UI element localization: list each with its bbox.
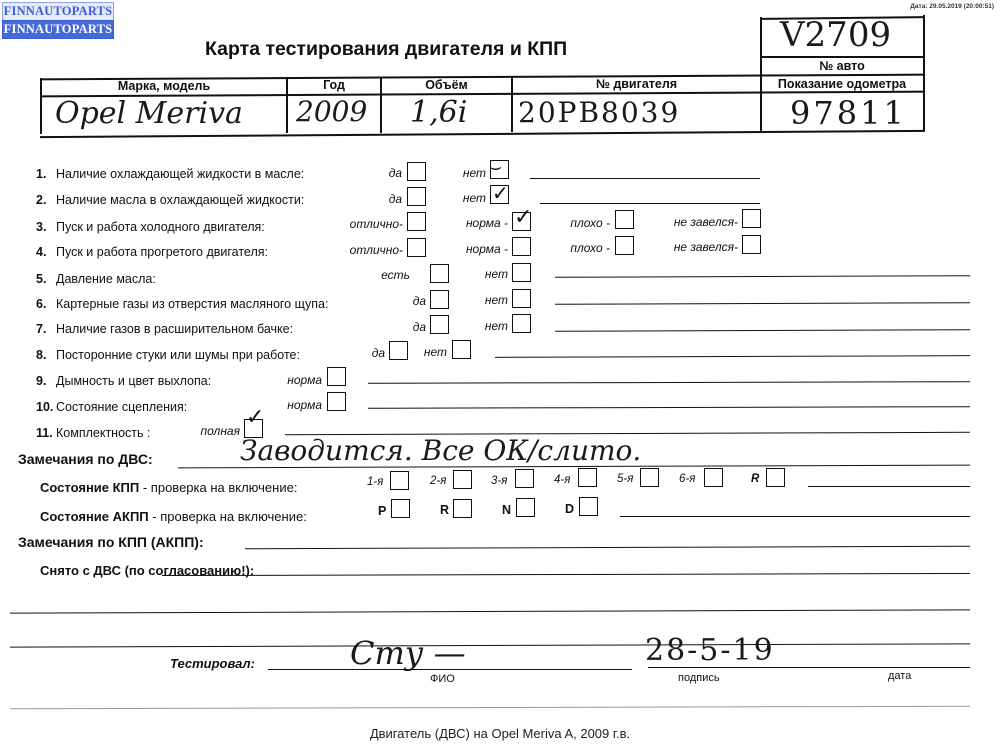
checkbox-auto-p[interactable] bbox=[391, 499, 410, 518]
check-item-10: 10.Состояние сцепления: bbox=[36, 400, 187, 414]
header-col-engine-number: № двигателя bbox=[513, 77, 760, 91]
gearbox-label: Состояние КПП - проверка на включение: bbox=[40, 480, 297, 495]
checkbox-4-bad[interactable] bbox=[615, 236, 634, 255]
checkbox-8-da[interactable] bbox=[389, 341, 408, 360]
position-label: P bbox=[378, 504, 386, 518]
check-item-9: 9.Дымность и цвет выхлопа: bbox=[36, 374, 211, 388]
car-number-label: № авто bbox=[762, 59, 922, 73]
car-number-value: V2709 bbox=[780, 15, 891, 55]
odometer-value: 97811 bbox=[790, 94, 907, 132]
checkbox-4-no-start[interactable] bbox=[742, 235, 761, 254]
year-value: 2009 bbox=[296, 95, 367, 128]
check-item-3: 3.Пуск и работа холодного двигателя: bbox=[36, 220, 265, 234]
position-label: D bbox=[565, 502, 574, 516]
check-mark-icon: ⌣ bbox=[489, 157, 502, 175]
checkbox-7-da[interactable] bbox=[430, 315, 449, 334]
checkbox-7-net[interactable] bbox=[512, 314, 531, 333]
option-label: плохо - bbox=[560, 216, 610, 230]
checkbox-6-net[interactable] bbox=[512, 289, 531, 308]
option-label: норма bbox=[270, 373, 322, 387]
check-item-6: 6.Картерные газы из отверстия масляного … bbox=[36, 297, 328, 311]
header-col-odometer: Показание одометра bbox=[762, 77, 922, 91]
option-label: нет bbox=[470, 293, 508, 307]
make-model-value: Opel Meriva bbox=[55, 96, 243, 131]
checkbox-gear-r[interactable] bbox=[766, 468, 785, 487]
header-col-year: Год bbox=[288, 78, 380, 92]
check-item-5: 5.Давление масла: bbox=[36, 272, 156, 286]
watermark-logo-top: FINNAUTOPARTS bbox=[2, 2, 114, 21]
check-item-7: 7.Наличие газов в расширительном бачке: bbox=[36, 322, 293, 336]
position-label: N bbox=[502, 503, 511, 517]
option-label: да bbox=[360, 166, 402, 180]
checkbox-10-normal[interactable] bbox=[327, 392, 346, 411]
option-label: не завелся- bbox=[655, 215, 738, 229]
date-stamp: Дата: 29.05.2019 (20:00:51) bbox=[910, 3, 994, 10]
option-label: норма - bbox=[450, 242, 508, 256]
name-caption: ФИО bbox=[430, 673, 455, 685]
checkbox-auto-n[interactable] bbox=[516, 498, 535, 517]
document-title: Карта тестирования двигателя и КПП bbox=[205, 38, 567, 61]
checkbox-9-normal[interactable] bbox=[327, 367, 346, 386]
checkbox-gear-1[interactable] bbox=[390, 471, 409, 490]
option-label: отлично- bbox=[330, 243, 403, 257]
header-col-volume: Объём bbox=[382, 78, 511, 92]
checkbox-3-bad[interactable] bbox=[615, 210, 634, 229]
tester-name-value[interactable]: Сту — bbox=[350, 634, 466, 672]
watermark-logo-bottom: FINNAUTOPARTS bbox=[2, 20, 114, 39]
gear-label: 2-я bbox=[430, 475, 446, 487]
checkbox-5-no[interactable] bbox=[512, 263, 531, 282]
checkbox-auto-r[interactable] bbox=[453, 499, 472, 518]
option-label: нет bbox=[470, 319, 508, 333]
checkbox-gear-2[interactable] bbox=[453, 470, 472, 489]
gear-label: 5-я bbox=[617, 473, 633, 485]
option-label: норма - bbox=[450, 216, 508, 230]
option-label: да bbox=[355, 346, 385, 360]
check-mark-icon: ✓ bbox=[246, 409, 264, 427]
checkbox-auto-d[interactable] bbox=[579, 497, 598, 516]
date-caption: дата bbox=[888, 670, 911, 682]
test-date-value[interactable]: 28-5-19 bbox=[645, 633, 775, 668]
engine-number-value: 20PB8039 bbox=[518, 96, 680, 129]
image-caption: Двигатель (ДВС) на Opel Meriva A, 2009 г… bbox=[0, 726, 1000, 741]
checkbox-6-da[interactable] bbox=[430, 290, 449, 309]
checkbox-3-excellent[interactable] bbox=[407, 212, 426, 231]
checkbox-4-normal[interactable] bbox=[512, 237, 531, 256]
option-label: нет bbox=[440, 166, 486, 180]
check-item-4: 4.Пуск и работа прогретого двигателя: bbox=[36, 245, 268, 259]
check-item-2: 2.Наличие масла в охлаждающей жидкости: bbox=[36, 193, 304, 207]
gear-label: 1-я bbox=[367, 476, 383, 488]
header-col-make-model: Марка, модель bbox=[42, 79, 286, 93]
option-label: плохо - bbox=[560, 241, 610, 255]
engine-remarks-label: Замечания по ДВС: bbox=[18, 451, 153, 467]
check-item-1: 1.Наличие охлаждающей жидкости в масле: bbox=[36, 167, 304, 181]
option-label: полная bbox=[185, 424, 240, 438]
option-label: нет bbox=[440, 191, 486, 205]
checkbox-8-net[interactable] bbox=[452, 340, 471, 359]
gear-label: 3-я bbox=[491, 475, 507, 487]
check-item-11: 11.Комплектность : bbox=[36, 426, 150, 440]
option-label: отлично- bbox=[330, 217, 403, 231]
checkbox-gear-6[interactable] bbox=[704, 468, 723, 487]
option-label: да bbox=[380, 320, 426, 334]
engine-remarks-value[interactable]: Заводится. Все ОК/слито. bbox=[240, 434, 641, 467]
option-label: есть bbox=[370, 268, 410, 282]
gearbox-remarks-label: Замечания по КПП (АКПП): bbox=[18, 534, 204, 550]
position-label: R bbox=[440, 503, 449, 517]
gear-label: 4-я bbox=[554, 474, 570, 486]
checkbox-gear-4[interactable] bbox=[578, 468, 597, 487]
check-item-8: 8.Посторонние стуки или шумы при работе: bbox=[36, 348, 300, 362]
option-label: норма bbox=[270, 398, 322, 412]
check-mark-icon: ✓ bbox=[514, 209, 532, 227]
gear-label: 6-я bbox=[679, 473, 695, 485]
option-label: да bbox=[360, 192, 402, 206]
gear-label: R bbox=[751, 473, 759, 485]
checkbox-3-no-start[interactable] bbox=[742, 209, 761, 228]
option-label: не завелся- bbox=[655, 240, 738, 254]
option-label: нет bbox=[412, 345, 447, 359]
option-label: да bbox=[380, 294, 426, 308]
check-mark-icon: ✓ bbox=[492, 184, 509, 202]
checkbox-5-yes[interactable] bbox=[430, 264, 449, 283]
checkbox-gear-5[interactable] bbox=[640, 468, 659, 487]
checkbox-1-da[interactable] bbox=[407, 162, 426, 181]
tested-by-label: Тестировал: bbox=[170, 656, 255, 671]
checkbox-4-excellent[interactable] bbox=[407, 238, 426, 257]
option-label: нет bbox=[470, 267, 508, 281]
checkbox-2-da[interactable] bbox=[407, 187, 426, 206]
volume-value: 1,6i bbox=[410, 95, 467, 130]
signature-caption: подпись bbox=[678, 672, 720, 684]
auto-gearbox-label: Состояние АКПП - проверка на включение: bbox=[40, 509, 307, 524]
checkbox-gear-3[interactable] bbox=[515, 469, 534, 488]
